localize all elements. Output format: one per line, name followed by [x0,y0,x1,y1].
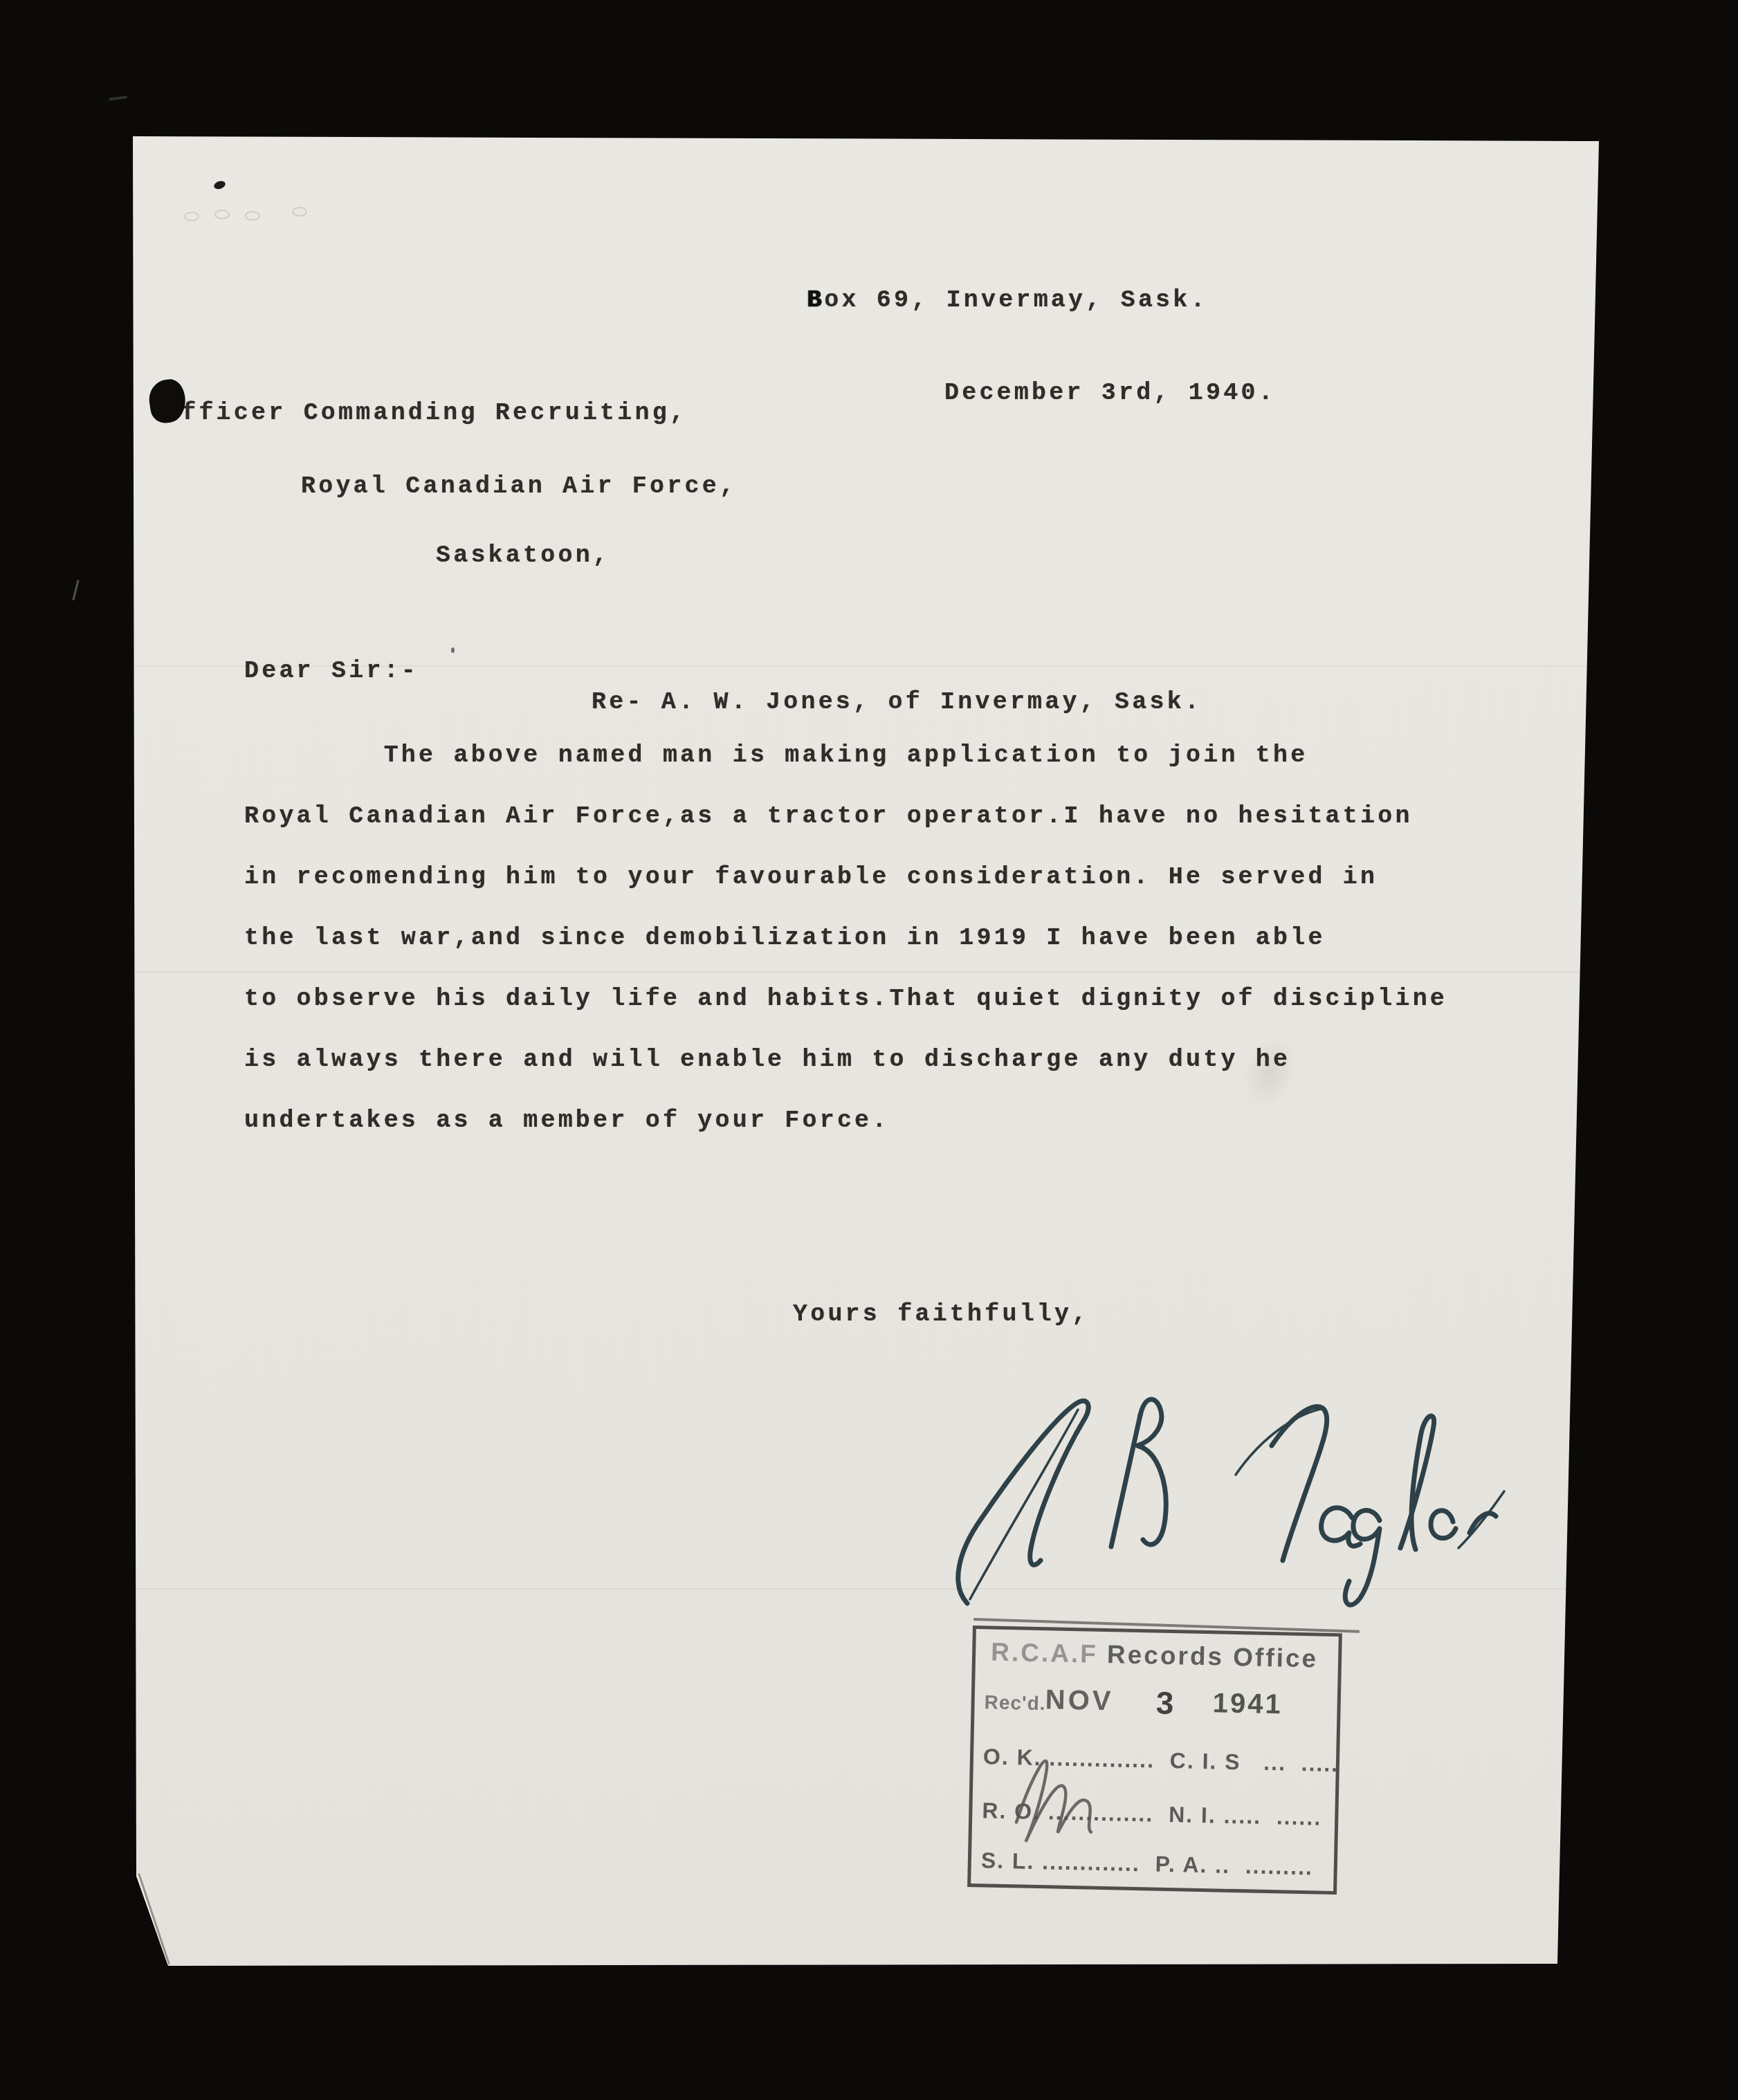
body-line: Royal Canadian Air Force,as a tractor op… [244,802,1413,830]
overstruck-letter: B [807,286,824,314]
scan-scratch-mark [109,95,127,100]
paper-dent [184,212,199,221]
stamp-field-row: R. O. .............. N. I. ..... ...... [982,1798,1322,1830]
ink-blot [147,378,188,425]
stamp-field-row: S. L. ............. P. A. .. ......... [980,1848,1313,1880]
sender-address-rest: ox 69, Invermay, Sask. [824,286,1207,314]
recipient-line-3: Saskatoon, [436,542,610,569]
stamp-title: R.C.A.F Records Office [991,1638,1319,1674]
stamp-month: NOV [1045,1684,1114,1717]
fold-crease-line [138,1873,170,1965]
body-line: The above named man is making applicatio… [244,742,1308,769]
stamp-date-row: Rec'd. NOV 3 1941 [984,1680,985,1716]
folded-corner [0,0,1738,2100]
closing-line: Yours faithfully, [793,1300,1089,1328]
signature-j-r-taylor [926,1374,1514,1616]
paper-dent [245,211,260,221]
body-line: in recomending him to your favourable co… [244,863,1378,891]
stray-ink-dot [451,647,455,653]
paper-crease [0,1588,1738,1590]
ink-speck [213,180,227,191]
paper-watermark [1234,1030,1306,1114]
recipient-line-1: Officer Commanding Recruiting, [164,399,687,427]
stamp-year: 1941 [1212,1688,1283,1720]
body-line: to observe his daily life and habits.Tha… [244,985,1447,1013]
paper-crease [0,665,1738,667]
scan-edge-mark [72,580,79,600]
stamp-field-row: O. K. .............. C. I. S ... ..... [983,1744,1339,1777]
letter-paper: Box 69, Invermay, Sask. December 3rd, 19… [0,0,1738,2100]
stamp-office-text: Records Office [1107,1640,1319,1673]
salutation: Dear Sir:- [244,657,419,685]
stamp-office-label [1097,1640,1107,1668]
stamp-day: 3 [1155,1684,1174,1722]
stamp-org-label: R.C.A.F [991,1638,1098,1668]
date-line: December 3rd, 1940. [944,379,1276,407]
scanned-letter-page: Box 69, Invermay, Sask. December 3rd, 19… [0,0,1738,2100]
body-line: is always there and will enable him to d… [244,1046,1290,1074]
stamp-received-label: Rec'd. [984,1691,1046,1715]
rcaf-records-stamp: R.C.A.F Records Office Rec'd. NOV 3 1941… [967,1625,1342,1895]
paper-crease [0,971,1738,973]
sender-address-line: Box 69, Invermay, Sask. [807,286,1208,314]
paper-dent [292,207,307,217]
subject-line: Re- A. W. Jones, of Invermay, Sask. [592,688,1202,716]
recipient-line-2: Royal Canadian Air Force, [301,472,737,500]
body-line: undertakes as a member of your Force. [244,1107,890,1134]
paper-dent [214,210,230,219]
body-line: the last war,and since demobilization in… [244,924,1326,952]
handwritten-initials [996,1718,1137,1852]
